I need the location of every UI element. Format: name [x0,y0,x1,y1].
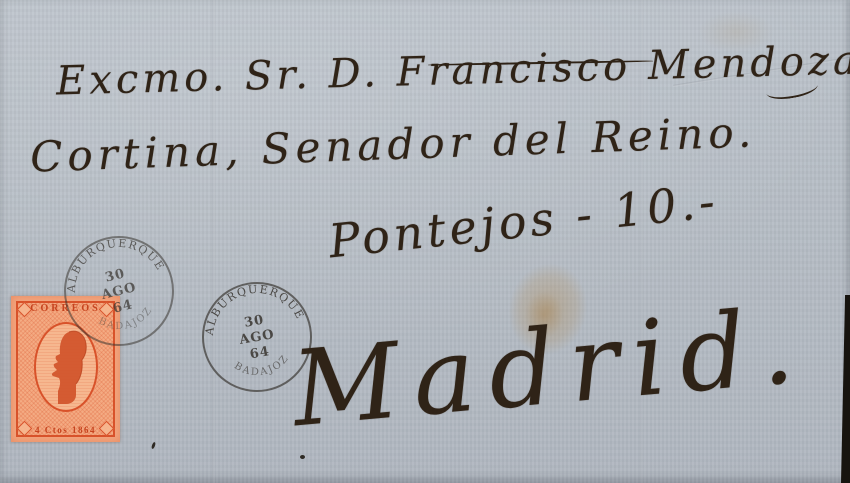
photo-background-edge [841,295,850,483]
isabella-profile-icon [36,324,96,410]
postmark-year: 64 [249,344,271,362]
address-line-recipient: Excmo. Sr. D. Francisco Mendoza [56,37,850,104]
stamp-center-oval [34,322,98,412]
postmark-day: 30 [243,313,265,331]
postmark-province-text: BADAJOZ [231,351,294,383]
postmark-town-text: ALBURQUERQUE [54,226,168,297]
address-line-title: Cortina, Senador del Reino. [29,107,757,181]
address-line-street: Pontejos - 10.- [326,174,721,269]
ink-fleck [300,455,305,459]
postmark-day: 30 [104,266,127,285]
postmark-month: AGO [237,327,276,348]
address-line-city: Madrid. [288,284,812,450]
stamp-top-label: CORREOS [11,303,120,314]
postal-cover-photo: CORREOS 4 Ctos 1864 ALBURQUERQUE 30 AGO … [0,0,850,483]
stamp-bottom-label: 4 Ctos 1864 [11,425,120,435]
postage-stamp: CORREOS 4 Ctos 1864 [11,296,120,442]
ink-fleck [151,442,156,450]
